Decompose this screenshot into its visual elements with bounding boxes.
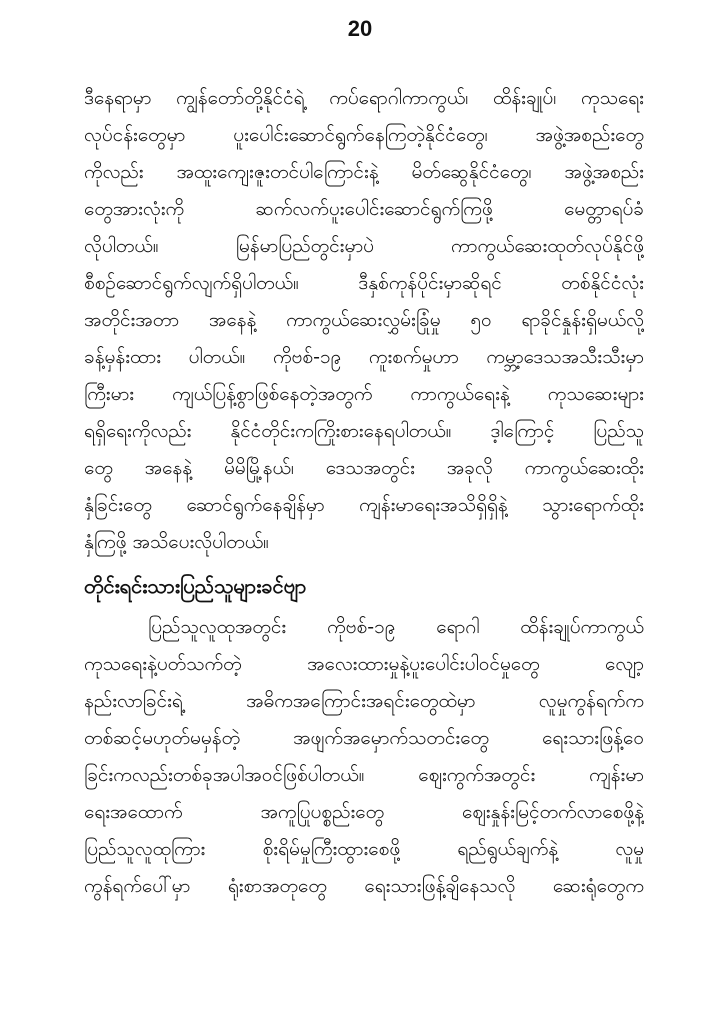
text-line: ခန့်မှန်းထား ပါတယ်။ ကိုဗစ်-၁၉ ကူးစက်မှုဟ… (84, 339, 644, 376)
text-line: နှံကြဖို့ အသိပေးလိုပါတယ်။ (84, 524, 644, 561)
text-line: တစ်ဆင့်မဟုတ်မမှန်တဲ့ အဖျက်အမှောက်သတင်းတွ… (84, 720, 644, 757)
document-body: ဒီနေရာမှာ ကျွန်တော်တို့နိုင်ငံရဲ့ ကပ်ရော… (84, 80, 644, 905)
text-line: လုပ်ငန်းတွေမှာ ပူးပေါင်းဆောင်ရွက်နေကြတဲ့… (84, 117, 644, 154)
text-line: နည်းလာခြင်းရဲ့ အဓိကအကြောင်းအရင်းတွေထဲမှာ… (84, 683, 644, 720)
text-line: ပြည်သူလူထုကြား စိုးရိမ်မှုကြီးထွားစေဖို့… (84, 831, 644, 868)
text-line: လိုပါတယ်။ မြန်မာပြည်တွင်းမှာပဲ ကာကွယ်ဆေး… (84, 228, 644, 265)
page-number: 20 (0, 14, 720, 44)
text-line: နှံခြင်းတွေ ဆောင်ရွက်နေချိန်မှာ ကျန်းမာရ… (84, 487, 644, 524)
paragraph-2: ပြည်သူလူထုအတွင်း ကိုဗစ်-၁၉ ရောဂါ ထိန်းချ… (84, 609, 644, 905)
text-line: ရရှိရေးကိုလည်း နိုင်ငံတိုင်းကကြိုးစားနေရ… (84, 413, 644, 450)
text-line: တွေ အနေနဲ့ မိမိမြို့နယ်၊ ဒေသအတွင်း အခုလိ… (84, 450, 644, 487)
text-line: တွေအားလုံးကို ဆက်လက်ပူးပေါင်းဆောင်ရွက်ကြ… (84, 191, 644, 228)
text-line: ကြီးမား ကျယ်ပြန့်စွာဖြစ်နေတဲ့အတွက် ကာကွယ… (84, 376, 644, 413)
text-line: ခြင်းကလည်းတစ်ခုအပါအဝင်ဖြစ်ပါတယ်။ ဈေးကွက်… (84, 757, 644, 794)
text-line: ကွန်ရက်ပေါ်မှာ ရုံးစာအတုတွေ ရေးသားဖြန့်ခ… (84, 868, 644, 905)
text-line: ရေးအထောက် အကူပြုပစ္စည်းတွေ ဈေးနှုန်းမြင့… (84, 794, 644, 831)
text-line: ကုသရေးနဲ့ပတ်သက်တဲ့ အလေးထားမှုနဲ့ပူးပေါင်… (84, 646, 644, 683)
text-line: ဒီနေရာမှာ ကျွန်တော်တို့နိုင်ငံရဲ့ ကပ်ရော… (84, 80, 644, 117)
paragraph-1: ဒီနေရာမှာ ကျွန်တော်တို့နိုင်ငံရဲ့ ကပ်ရော… (84, 80, 644, 561)
text-line: စီစဉ်ဆောင်ရွက်လျက်ရှိပါတယ်။ ဒီနှစ်ကုန်ပိ… (84, 265, 644, 302)
text-line: ကိုလည်း အထူးကျေးဇူးတင်ပါကြောင်းနဲ့ မိတ်ဆ… (84, 154, 644, 191)
text-line: အတိုင်းအတာ အနေနဲ့ ကာကွယ်ဆေးလွှမ်းခြုံမှု… (84, 302, 644, 339)
section-heading: တိုင်းရင်းသားပြည်သူများခင်ဗျာ (84, 565, 644, 607)
text-line: ပြည်သူလူထုအတွင်း ကိုဗစ်-၁၉ ရောဂါ ထိန်းချ… (84, 609, 644, 646)
